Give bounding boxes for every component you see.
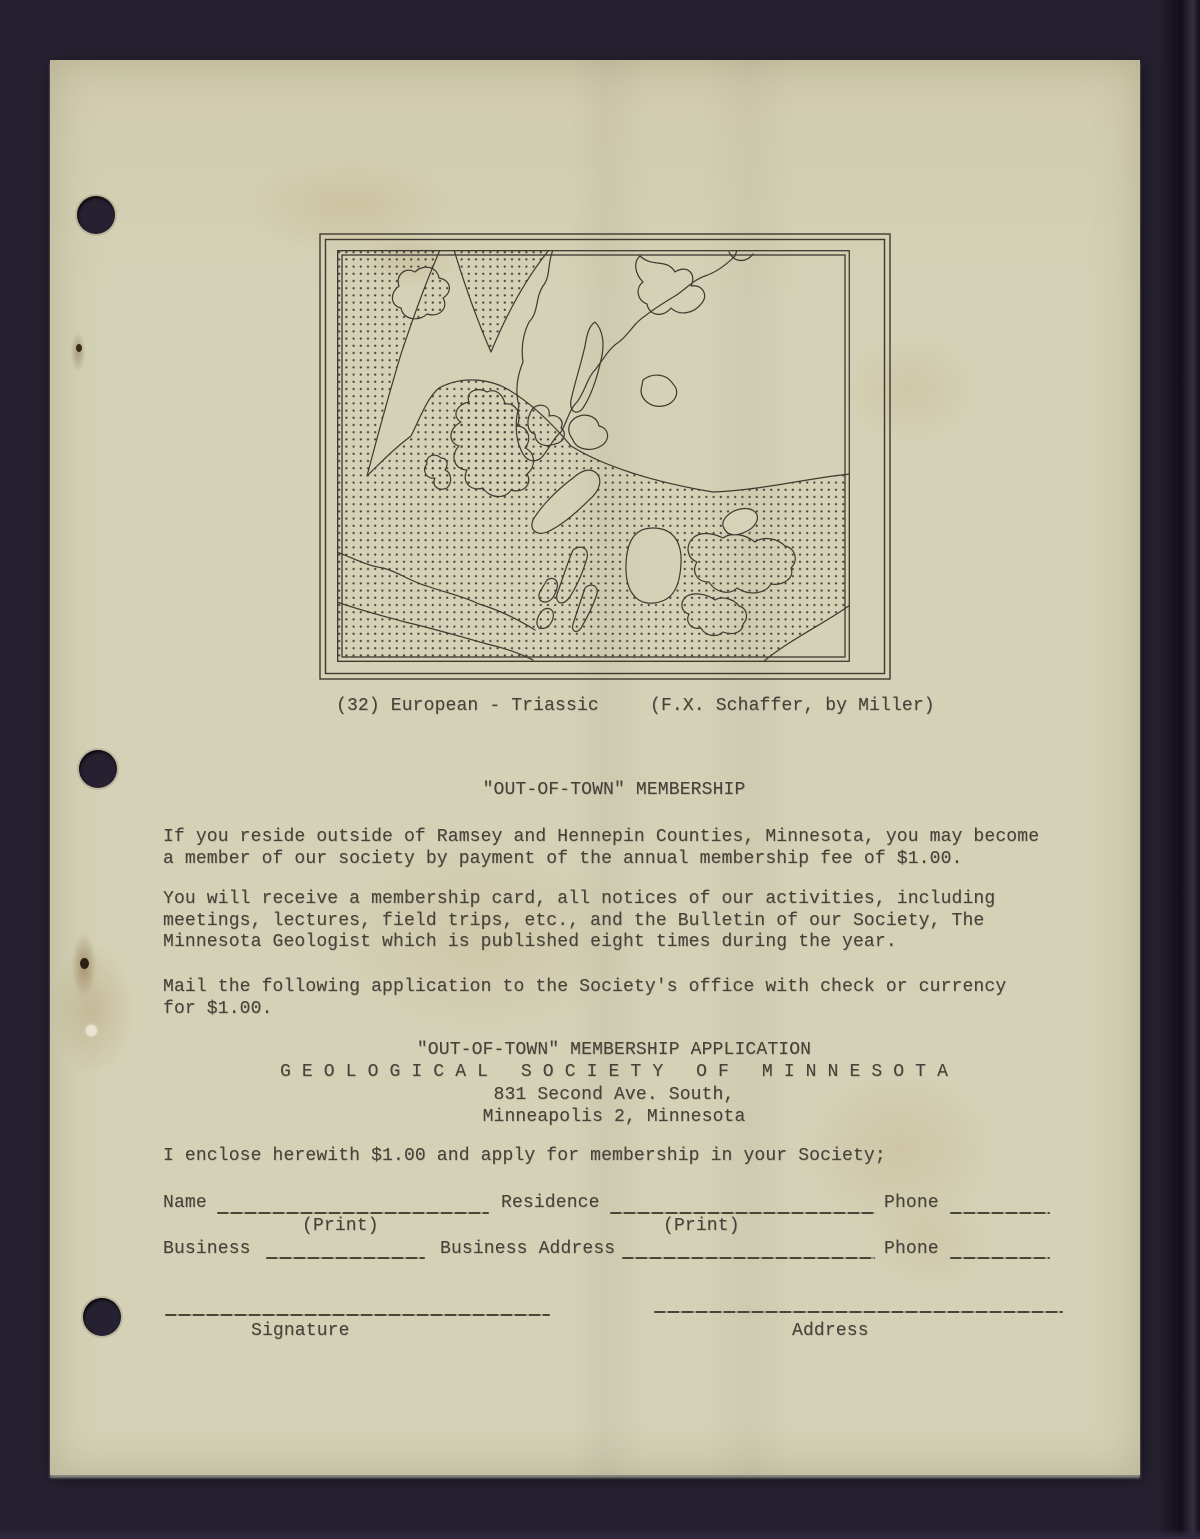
name-field-label: Name [163, 1193, 207, 1215]
membership-heading: "OUT-OF-TOWN" MEMBERSHIP [163, 780, 1065, 802]
residence-field-line [610, 1212, 875, 1214]
residence-field-label: Residence [501, 1193, 600, 1215]
business-phone-field-label: Phone [884, 1239, 939, 1261]
phone-field-label: Phone [884, 1193, 939, 1215]
business-field-label: Business [163, 1239, 251, 1261]
application-address-line2: Minneapolis 2, Minnesota [163, 1107, 1065, 1129]
punch-hole-top [77, 196, 115, 234]
application-heading: "OUT-OF-TOWN" MEMBERSHIP APPLICATION [163, 1040, 1065, 1062]
paragraph-mail: Mail the following application to the So… [163, 977, 1006, 1020]
business-field-line [266, 1257, 425, 1259]
european-triassic-map [319, 233, 891, 680]
residence-print-hint: (Print) [663, 1216, 740, 1238]
phone-field-line [950, 1212, 1050, 1214]
stain-speck [76, 344, 82, 352]
business-address-field-label: Business Address [440, 1239, 615, 1261]
application-address-line1: 831 Second Ave. South, [163, 1085, 1065, 1107]
paragraph-reside: If you reside outside of Ramsey and Henn… [163, 827, 1039, 870]
binder-edge [1158, 0, 1200, 1539]
stain-speck [86, 1025, 97, 1036]
punch-hole-middle [79, 750, 117, 788]
document-page: (32) European - Triassic (F.X. Schaffer,… [50, 60, 1140, 1475]
name-print-hint: (Print) [302, 1216, 379, 1238]
address-field-label: Address [792, 1321, 869, 1343]
figure-caption-label: (32) European - Triassic [336, 696, 599, 718]
address-field-line [654, 1311, 1063, 1313]
name-field-line [217, 1212, 489, 1214]
scan-bottom-edge [0, 1529, 1200, 1539]
application-org-name: G E O L O G I C A L S O C I E T Y O F M … [163, 1062, 1065, 1084]
stain-speck [80, 958, 89, 969]
punch-hole-bottom [83, 1298, 121, 1336]
scanned-page-view: { "figure": { "caption_label": "(32) Eur… [0, 0, 1200, 1539]
map-figure [319, 233, 891, 680]
application-intro: I enclose herewith $1.00 and apply for m… [163, 1146, 886, 1168]
paragraph-receive: You will receive a membership card, all … [163, 889, 995, 954]
signature-field-line [165, 1314, 550, 1316]
business-address-field-line [622, 1257, 875, 1259]
business-phone-field-line [950, 1257, 1050, 1259]
signature-field-label: Signature [251, 1321, 350, 1343]
map-content [337, 250, 850, 662]
figure-caption-credit: (F.X. Schaffer, by Miller) [650, 696, 935, 718]
